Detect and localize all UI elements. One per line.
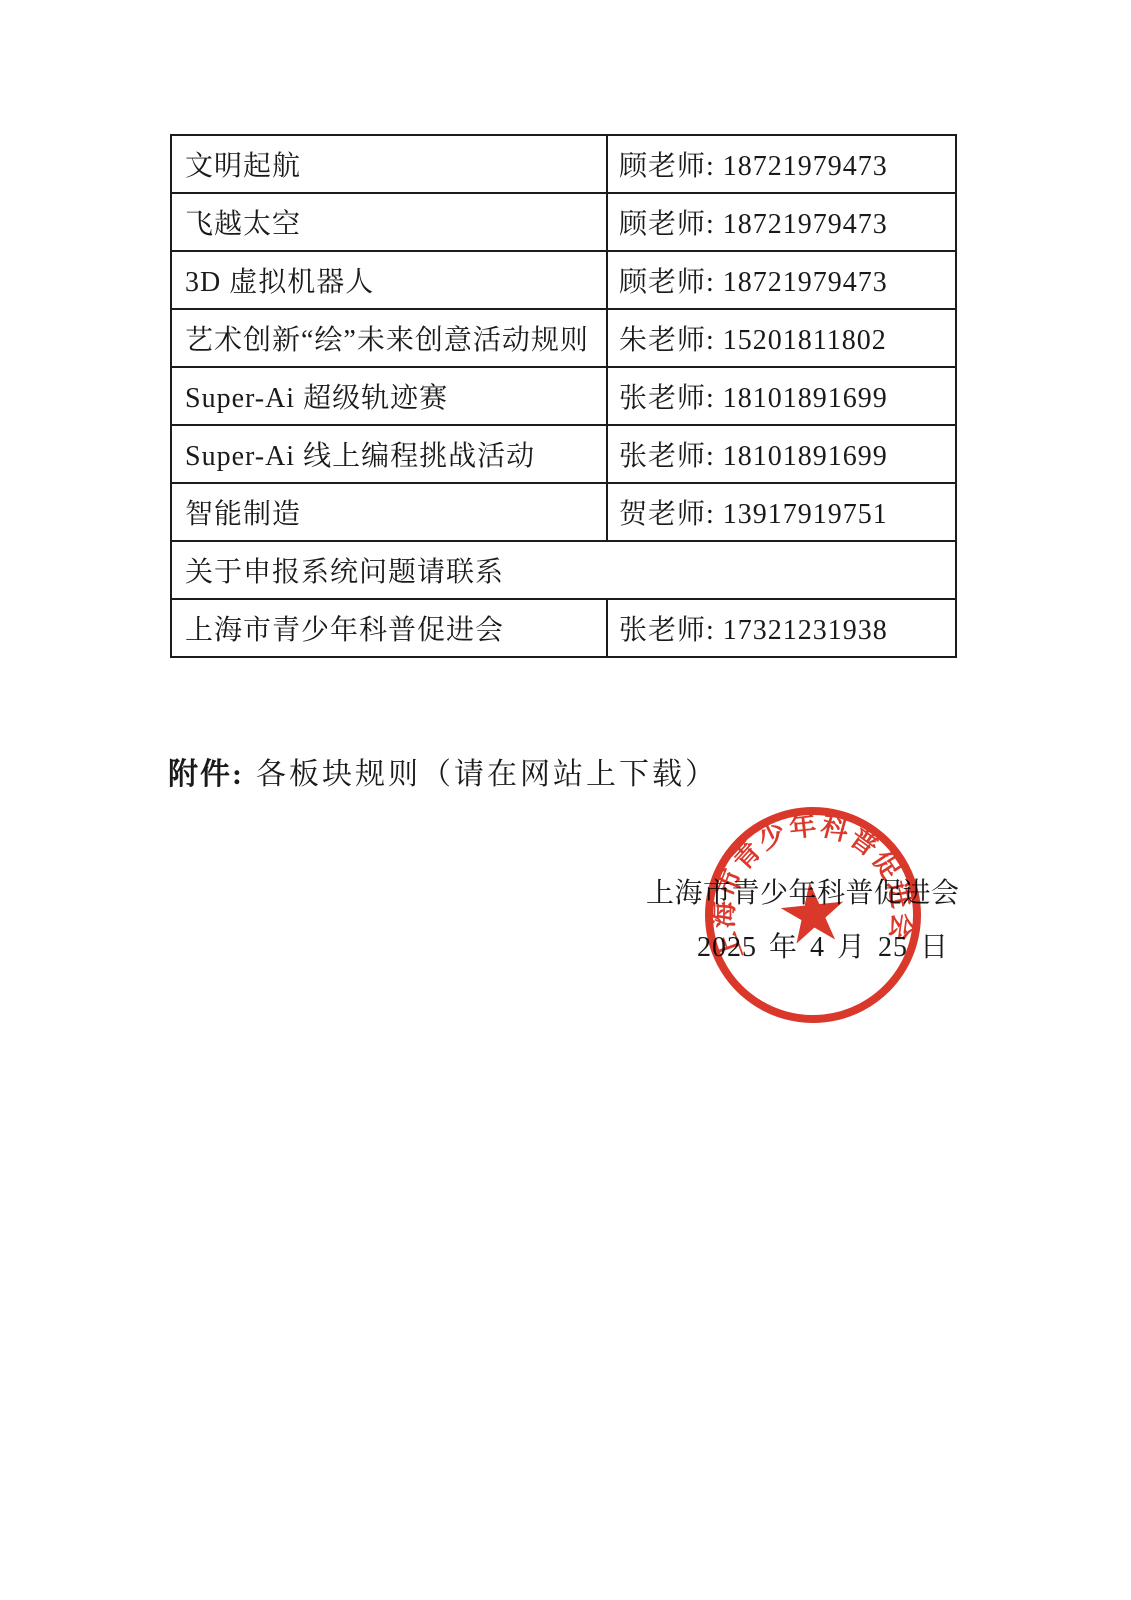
contact-cell: 贺老师: 13917919751 (607, 483, 956, 541)
contact-cell: 朱老师: 15201811802 (607, 309, 956, 367)
contact-cell: 张老师: 18101891699 (607, 425, 956, 483)
document-page: 文明起航 顾老师: 18721979473 飞越太空 顾老师: 18721979… (0, 0, 1131, 1600)
table-row: 上海市青少年科普促进会 张老师: 17321231938 (171, 599, 956, 657)
table-row: Super-Ai 线上编程挑战活动 张老师: 18101891699 (171, 425, 956, 483)
contact-cell: 顾老师: 18721979473 (607, 193, 956, 251)
table-row: 文明起航 顾老师: 18721979473 (171, 135, 956, 193)
activity-cell: 飞越太空 (171, 193, 607, 251)
activity-cell: 3D 虚拟机器人 (171, 251, 607, 309)
contact-cell: 张老师: 17321231938 (607, 599, 956, 657)
table-row: 3D 虚拟机器人 顾老师: 18721979473 (171, 251, 956, 309)
activity-cell: Super-Ai 超级轨迹赛 (171, 367, 607, 425)
activity-cell: Super-Ai 线上编程挑战活动 (171, 425, 607, 483)
note-cell: 关于申报系统问题请联系 (171, 541, 956, 599)
activity-cell: 艺术创新“绘”未来创意活动规则 (171, 309, 607, 367)
contact-cell: 顾老师: 18721979473 (607, 135, 956, 193)
contact-cell: 张老师: 18101891699 (607, 367, 956, 425)
table-row: 艺术创新“绘”未来创意活动规则 朱老师: 15201811802 (171, 309, 956, 367)
attachment-text: 各板块规则（请在网站上下载） (256, 758, 718, 791)
activity-cell: 智能制造 (171, 483, 607, 541)
star-icon (778, 879, 847, 945)
activity-cell: 上海市青少年科普促进会 (171, 599, 607, 657)
table-row: 飞越太空 顾老师: 18721979473 (171, 193, 956, 251)
contact-table: 文明起航 顾老师: 18721979473 飞越太空 顾老师: 18721979… (170, 134, 957, 658)
table-row: 智能制造 贺老师: 13917919751 (171, 483, 956, 541)
official-seal: 上海市青少年科普促进会 (686, 788, 941, 1043)
activity-cell: 文明起航 (171, 135, 607, 193)
attachment-label: 附件: (168, 758, 244, 791)
contact-cell: 顾老师: 18721979473 (607, 251, 956, 309)
table-row: Super-Ai 超级轨迹赛 张老师: 18101891699 (171, 367, 956, 425)
attachment-line: 附件:各板块规则（请在网站上下载） (168, 749, 718, 793)
table-row-note: 关于申报系统问题请联系 (171, 541, 956, 599)
